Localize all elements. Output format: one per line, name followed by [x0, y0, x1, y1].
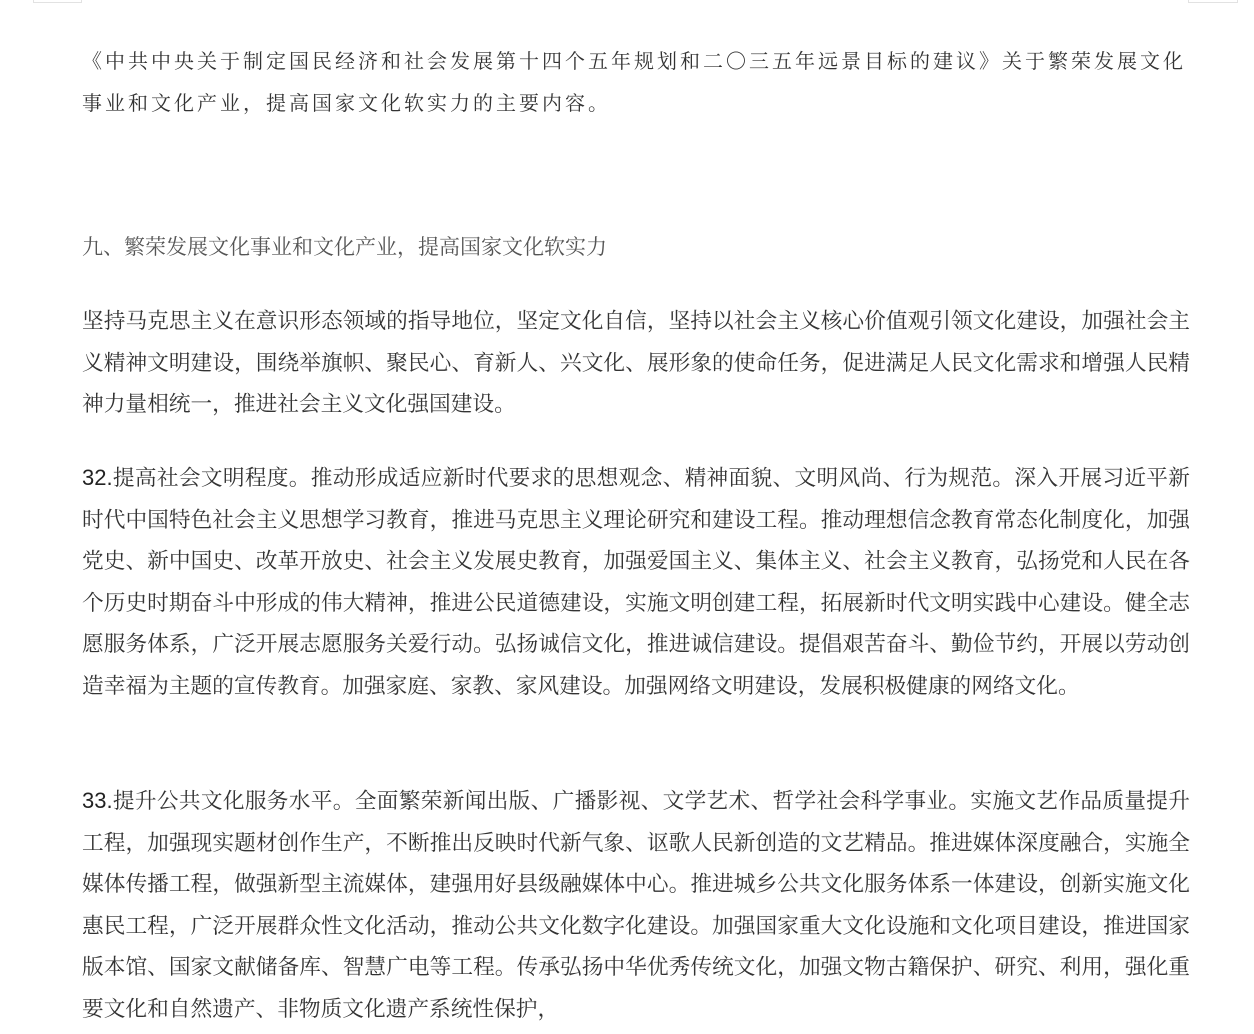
paragraph-number: 33. — [82, 788, 113, 813]
intro-paragraph: 《中共中央关于制定国民经济和社会发展第十四个五年规划和二〇三五年远景目标的建议》… — [82, 40, 1190, 124]
paragraph-text: 提高社会文明程度。推动形成适应新时代要求的思想观念、精神面貌、文明风尚、行为规范… — [82, 466, 1190, 699]
page-corner-mark-left — [33, 0, 82, 3]
paragraph-text: 提升公共文化服务水平。全面繁荣新闻出版、广播影视、文学艺术、哲学社会科学事业。实… — [82, 789, 1190, 1022]
paragraph-32: 32.提高社会文明程度。推动形成适应新时代要求的思想观念、精神面貌、文明风尚、行… — [82, 457, 1190, 707]
section-title: 九、繁荣发展文化事业和文化产业，提高国家文化软实力 — [82, 227, 1190, 267]
paragraph-text: 坚持马克思主义在意识形态领域的指导地位，坚定文化自信，坚持以社会主义核心价值观引… — [82, 309, 1190, 417]
paragraph-33: 33.提升公共文化服务水平。全面繁荣新闻出版、广播影视、文学艺术、哲学社会科学事… — [82, 780, 1190, 1030]
paragraph-intro: 坚持马克思主义在意识形态领域的指导地位，坚定文化自信，坚持以社会主义核心价值观引… — [82, 300, 1190, 426]
page-corner-mark-right — [1188, 0, 1238, 3]
paragraph-number: 32. — [82, 465, 113, 490]
